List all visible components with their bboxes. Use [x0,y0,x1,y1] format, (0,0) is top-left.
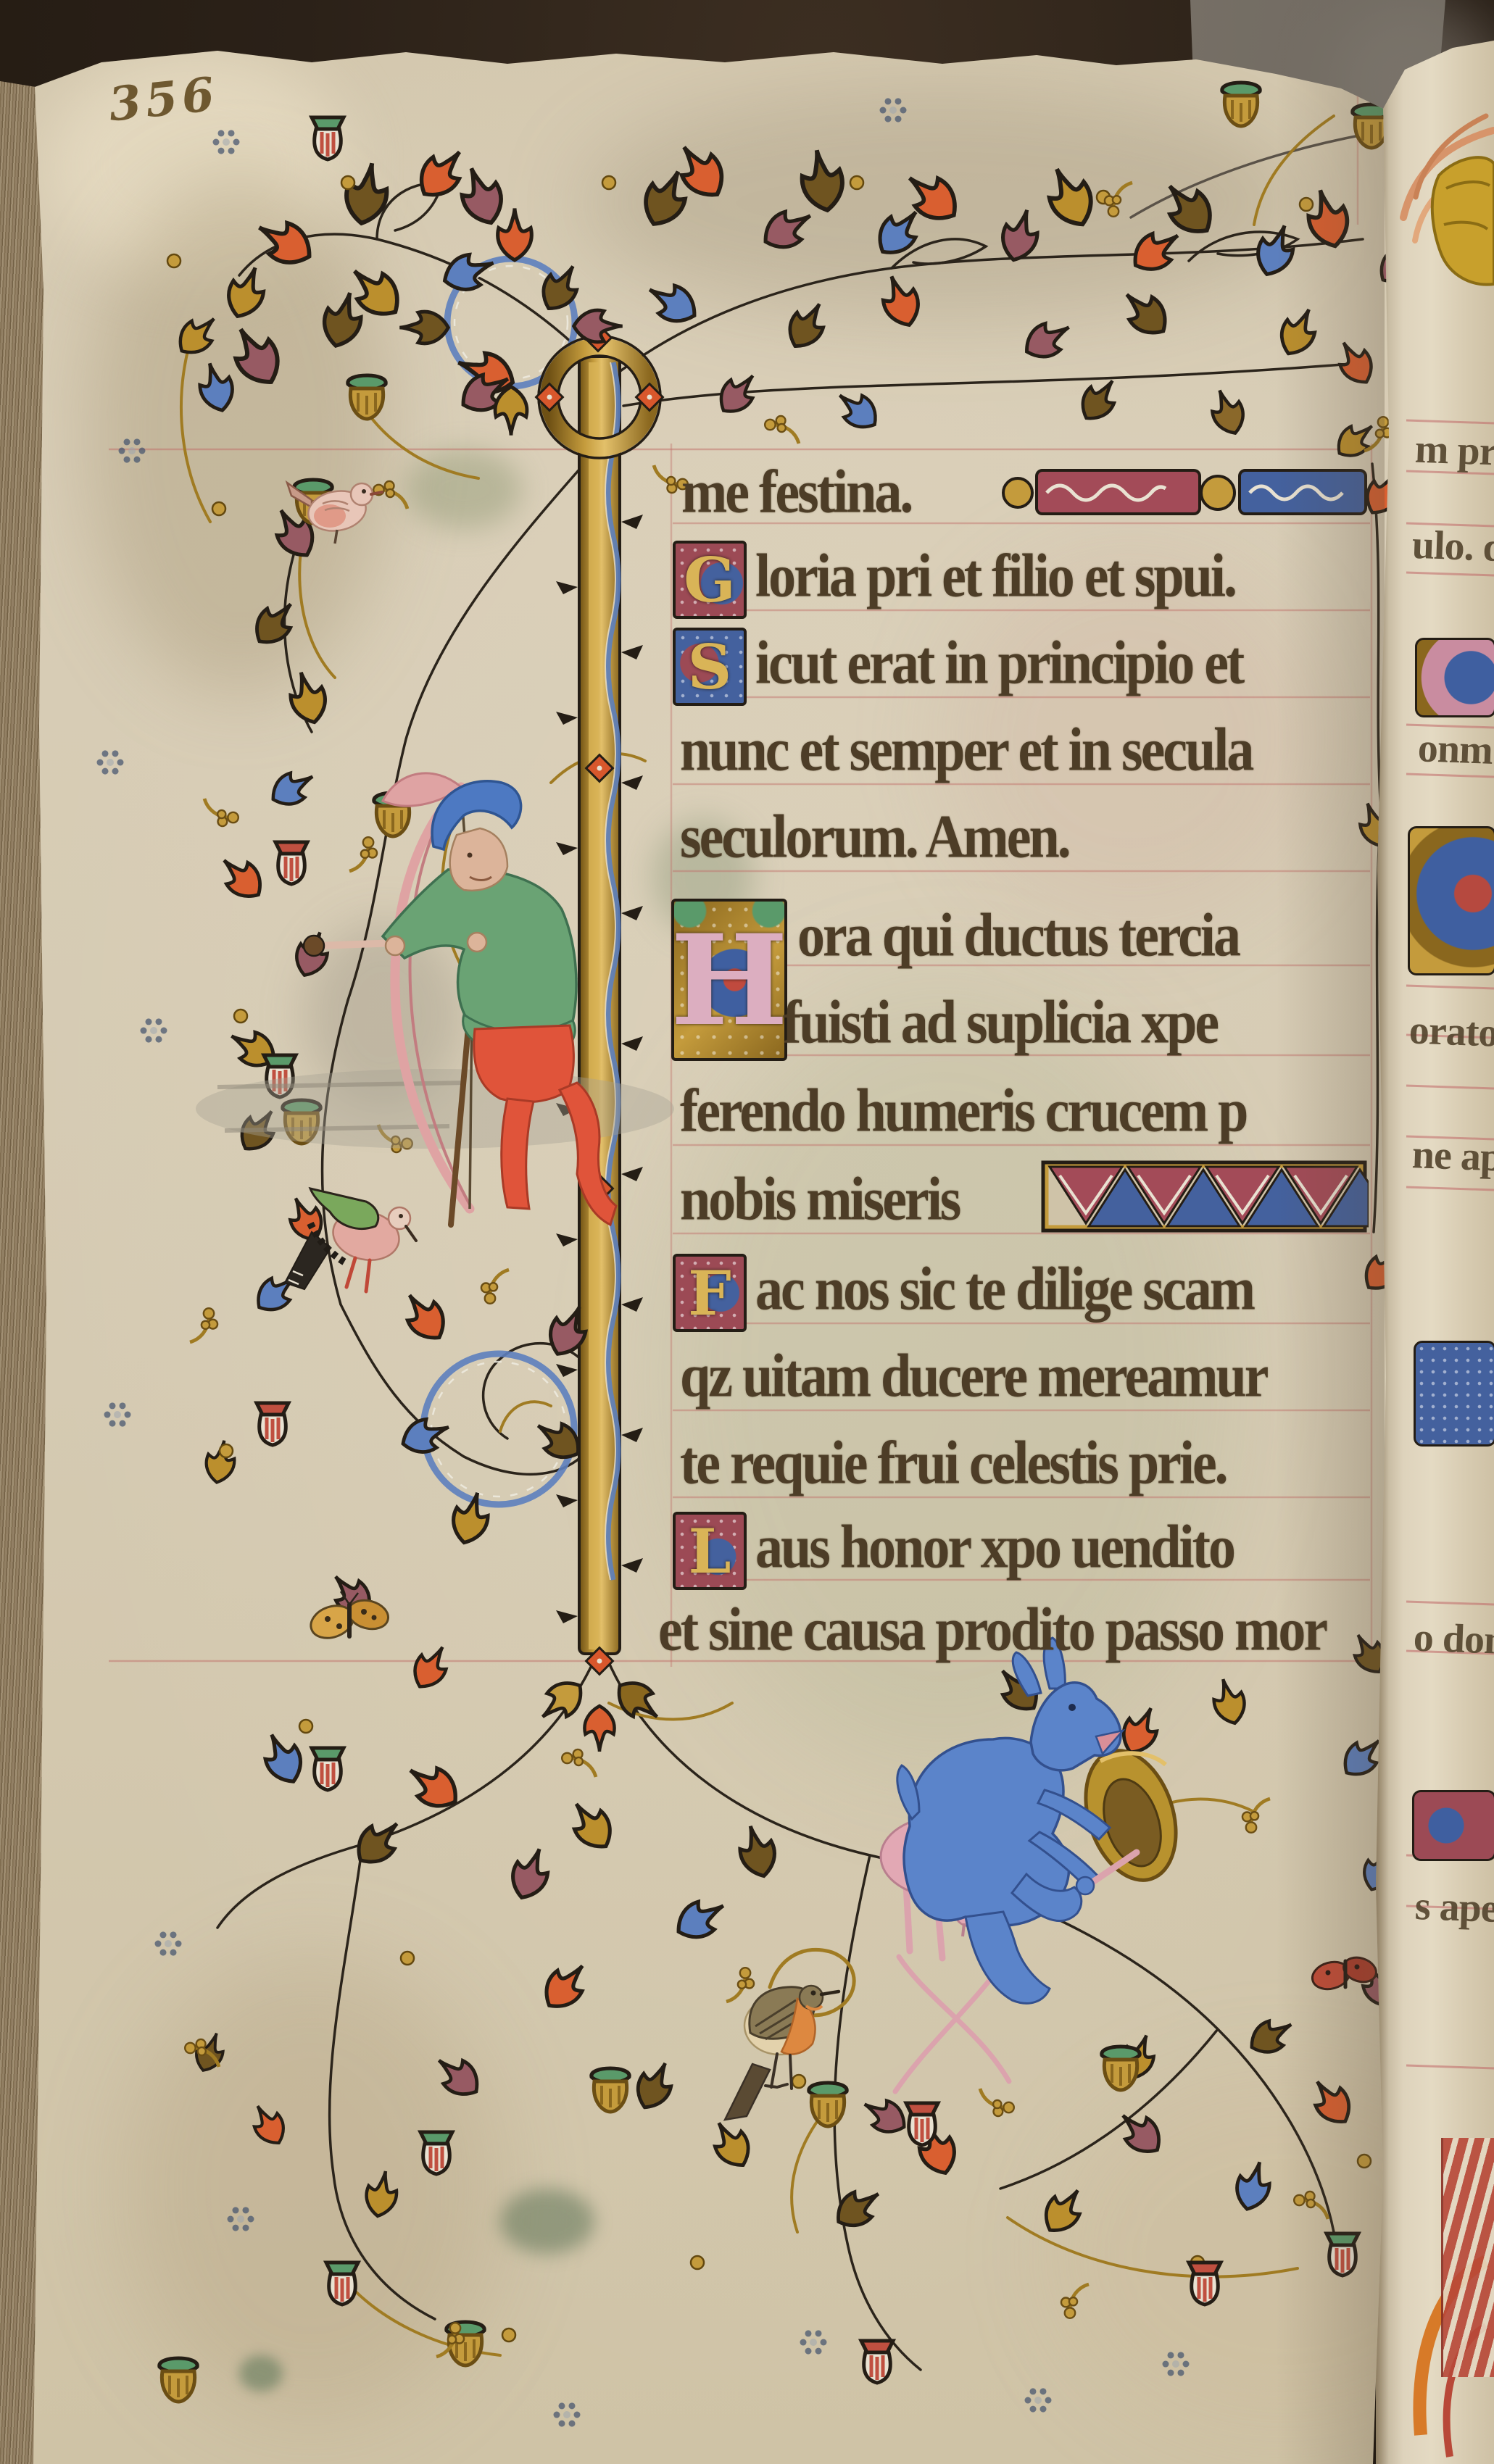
acorn-flower [592,2068,629,2112]
facing-text-fragment: ulo. d [1411,522,1494,571]
text-line: nunc et semper et in secula [680,719,1252,781]
ivy-leaf [641,275,702,330]
gutter-shadow [1276,0,1385,2464]
rosette-dot [170,1949,177,1956]
ivy-leaf [529,1412,587,1466]
rosette-dot [242,2207,249,2213]
thorn [556,842,578,855]
ivy-leaf [1018,314,1076,366]
tassel-flower [906,2103,938,2145]
text-line: ac nos sic te dilige scam [755,1258,1253,1320]
gold-bezant [167,254,180,267]
ivy-leaf [506,1843,555,1903]
thorn [621,1428,643,1442]
rosette-dot [1045,2397,1052,2404]
ivy-leaf [223,1023,281,1075]
blue-dot-rosette [97,750,124,774]
blue-dot-rosette [1163,2352,1190,2376]
ivy-leaf [349,1812,409,1872]
ivy-leaf [266,764,320,812]
rosette-dot [1030,2406,1037,2413]
facing-ruling-line [1406,2065,1494,2068]
ivy-leaf [1232,2158,1275,2213]
thorn [556,1233,578,1246]
rosette-dot [155,1018,162,1025]
facing-initial-small-2 [1414,1341,1494,1447]
acorn-flower [809,2083,847,2126]
illuminated-initial-G: G [673,541,747,619]
rosette-dot [1029,2388,1036,2394]
rosette-dot [895,98,901,104]
rosette-dot [125,1412,131,1418]
acorn-flower [1102,2047,1140,2090]
acorn-flower [374,793,412,836]
blue-dot-rosette [554,2402,581,2426]
thorn [621,1297,643,1312]
facing-ruling-line [1406,774,1494,777]
ivy-leaf [223,319,288,391]
ivy-leaf [542,1300,594,1361]
gold-bar-border [532,325,667,1752]
green-smudge [500,2189,594,2254]
facing-initial-small-3 [1412,1790,1494,1861]
facing-text-fragment: orator [1408,1007,1494,1057]
gold-sprig [476,1264,518,1306]
rosette-dot [880,107,887,114]
rosette-dot [821,2339,827,2346]
facing-initial-large [1408,826,1494,975]
ivy-leaf [1039,161,1100,233]
ivy-leaf [410,141,473,206]
tassel-flower [312,117,344,159]
gold-bezant [234,1010,247,1023]
blue-vine-ring [447,259,575,386]
gold-sprig [1055,2278,1097,2321]
rosette-center [1172,2360,1179,2368]
gold-bezant [1191,2256,1204,2269]
rosette-dot [112,750,118,757]
acorn-flowers [159,83,1390,2402]
ivy-leaf [495,387,527,436]
rosette-dot [228,148,235,154]
ivy-leaf [399,312,448,344]
ivy-leaf [630,2057,679,2114]
rosette-center [150,1027,157,1034]
thorn [556,1610,578,1623]
rosette-center [114,1411,121,1418]
vellum-stain [580,87,1305,319]
rosette-center [1034,2397,1042,2404]
rosette-center [165,1940,172,1947]
rosette-dot [119,1402,125,1409]
rosette-dot [124,457,130,463]
rosette-dot [568,2402,575,2409]
rosette-dot [815,2330,821,2336]
rosette-dot [554,2412,560,2418]
facing-text-fragment: s ape [1414,1883,1494,1932]
rosette-dot [885,116,892,122]
ivy-leaf [452,345,519,400]
facing-ruling-line [1406,1602,1494,1604]
rosette-dot [1168,2370,1174,2376]
ivy-leaf [536,1955,596,2017]
rosette-dot [228,2216,234,2223]
ivy-leaf [323,1566,379,1624]
text-line: icut erat in principio et [755,632,1242,694]
tassel-flower [1189,2263,1221,2305]
thorn [621,1558,643,1573]
text-line: ferendo humeris crucem p [680,1080,1246,1141]
rosette-dot [248,2216,254,2223]
gold-bezant [792,2075,805,2088]
gold-bezant [691,2256,704,2269]
rosette-dot [1039,2388,1046,2394]
text-line: te requie frui celestis prie. [680,1432,1227,1494]
rosette-dot [97,759,104,766]
ivy-leaf [249,211,318,272]
manuscript-page: 356 G S H F L me festina. loria pri et f… [0,0,1494,2464]
rosette-dot [161,1028,167,1034]
ivy-leaf [246,2099,291,2149]
tassel-flower [257,1403,289,1445]
initial-letter: G [684,544,736,616]
ivy-leaf [912,2118,961,2178]
gold-sprig [428,2321,470,2363]
rosette-dot [109,1420,116,1427]
ivy-leaf [203,1438,238,1485]
rosette-dot [146,1036,152,1043]
rosette-dot [141,1028,147,1034]
gold-sprig [371,475,413,517]
ivy-leaf [285,668,331,727]
ivy-leaf [249,1267,304,1319]
initial-letter: L [688,1515,731,1587]
ivy-leaf [797,146,847,213]
ivy-leaf [1155,174,1221,243]
rosette-dot [160,1949,167,1956]
ivy-leaf [342,159,392,226]
rosette-dot [1040,2406,1047,2413]
blue-dot-rosette [228,2207,254,2231]
rosette-dot [104,1412,111,1418]
ivy-leaf [1205,385,1249,438]
ivy-leaf [455,365,516,420]
gold-bezant [502,2328,515,2342]
gold-sprig [1237,1793,1279,1835]
acorn-flower [1222,83,1260,126]
green-smudge [239,2355,283,2392]
facing-initial-small-1 [1415,638,1494,717]
rosette-dot [109,1402,115,1409]
tassel-flower [420,2132,452,2174]
rosette-dot [1025,2397,1032,2404]
gold-sprig [763,410,805,452]
initial-letter: F [688,1257,731,1329]
gold-sprig [718,1965,760,2007]
ivy-leaf [363,2168,400,2218]
green-stain [406,449,522,529]
ring-highlight [455,266,568,379]
pink-bird [287,483,382,544]
ivy-leaf [341,258,409,325]
blue-dot-rosette [213,130,240,154]
rosette-dot [558,2402,565,2409]
vellum-stain [123,1957,500,2421]
rosette-dot [155,1941,162,1947]
ivy-leaf [668,136,732,205]
rosette-dot [123,438,130,445]
facing-border-stripes [1441,2138,1494,2377]
ivy-leaf [257,1728,309,1789]
tassel-flower [275,842,307,884]
acorn-flower [447,2322,484,2365]
facing-ruling-line [1406,986,1494,988]
rosette-center [223,138,230,146]
ivy-leaf [291,927,334,980]
blue-dot-rosette [141,1018,167,1042]
ivy-leaf [857,2092,911,2140]
ivy-leaf [757,201,818,257]
rosette-center [563,2411,570,2418]
gold-bezant [341,176,354,189]
vellum-stain [87,174,391,696]
ivy-leaf [448,1489,494,1547]
blue-dot-rosette [880,98,907,122]
rosette-dot [816,2348,822,2355]
ivy-leaf [454,162,509,229]
rosette-dot [175,1941,182,1947]
ivy-leaf [396,1286,453,1347]
rosette-dot [1163,2361,1169,2368]
ivy-leaf [712,366,764,420]
rosette-dot [156,1036,162,1043]
rosette-dot [800,2339,807,2346]
tassel-flower [861,2341,893,2383]
gold-bezant [401,1952,414,1965]
ivy-leaf [870,201,929,263]
tassel-flower [264,1055,296,1097]
thorn [621,775,643,790]
rosette-center [128,447,136,454]
ivy-leaf [829,2181,887,2234]
ivy-leaf [734,1822,780,1881]
ivy-leaf [1115,283,1175,343]
gold-bezant [299,1720,312,1733]
blue-dot-rosette [119,438,146,462]
ring-highlight [431,1362,566,1497]
thorn [556,1494,578,1507]
ivy-leaf [1126,222,1187,279]
thorn [556,1364,578,1377]
ivy-leaf [400,1756,465,1817]
thorn [556,712,578,725]
rosette-dot [805,2348,812,2355]
ivy-leaf [1037,2181,1090,2239]
gold-butterfly [307,1591,391,1644]
ivy-leaf [1116,1702,1165,1759]
rosette-dot [145,1018,152,1025]
thorn [621,906,643,920]
tassel-flower [312,1748,344,1790]
ivy-leaf [191,2028,228,2074]
illuminated-initial-H: H [671,899,787,1061]
rosette-dot [232,2207,238,2213]
thorn [556,1103,578,1116]
gold-bezant [220,1444,233,1457]
rosette-center [889,107,897,114]
rosette-dot [1183,2361,1190,2368]
facing-text-fragment: m pro [1414,426,1494,476]
blue-ass-drummer [881,1638,1192,2092]
manuscript-photo: m pro ulo. d onm orator ne apri o dom s … [0,0,1494,2464]
ivy-leaf [282,1192,328,1246]
robin [725,1986,839,2120]
ivy-leaf [222,262,271,322]
thorn [621,1036,643,1051]
facing-text-fragment: o dom [1413,1615,1494,1665]
rosette-dot [112,768,119,775]
text-line: loria pri et filio et spui. [755,545,1235,607]
gold-sprig [1099,177,1141,219]
rosette-dot [117,759,124,766]
rosette-dot [233,139,240,146]
ivy-leaf [213,849,270,907]
blue-dot-rosette [104,1402,131,1426]
rosette-dot [170,1931,176,1938]
rosette-center [810,2339,817,2346]
ivy-leaf [1208,1676,1249,1727]
facing-ruling-line [1406,1187,1494,1190]
rosette-dot [134,457,141,463]
thorn [621,515,643,529]
gold-bezant [602,176,615,189]
ivy-leaf [636,164,695,232]
illuminated-initial-S: S [673,628,747,706]
rosette-dot [900,107,907,114]
rosette-dot [1167,2352,1174,2358]
folio-number: 356 [106,67,221,132]
rosette-dot [233,2225,239,2231]
ivy-leaf [233,1103,284,1157]
ivy-leaf [535,258,587,316]
text-line: qz uitam ducere mereamur [680,1345,1267,1407]
thorn [621,645,643,659]
rosette-dot [1178,2370,1184,2376]
facing-ruling-line [1406,420,1494,423]
thorn [621,1167,643,1181]
ivy-leaf [318,288,367,351]
ivy-leaf [247,594,303,652]
rosette-center [107,759,114,766]
rosette-center [237,2215,244,2223]
ivy-leaf [1074,372,1125,427]
blue-dot-rosette [800,2330,827,2354]
text-line: nobis miseris [680,1168,959,1230]
rosette-dot [139,448,146,454]
rosette-dot [218,148,225,154]
ivy-leaf [407,1639,455,1694]
ivy-leaf [439,247,499,296]
rosette-dot [120,1420,126,1427]
acorn-flower [283,1100,320,1144]
ivy-leaf [990,1660,1046,1718]
blue-dot-rosette [1025,2388,1052,2412]
acorn-flower [294,480,332,523]
acorn-flower [348,375,386,419]
ivy-leaf [194,359,238,415]
ivy-leaf [997,206,1043,265]
rosette-dot [559,2421,565,2427]
gold-sprig [560,1744,602,1786]
illuminated-initial-L: L [673,1512,747,1590]
ivy-leaf [1117,2030,1161,2083]
ivy-leaf [705,2115,758,2173]
facing-ruling-line [1406,1086,1494,1089]
rosette-dot [569,2421,576,2427]
facing-text-fragment: ne apri [1411,1131,1494,1182]
rosette-dot [213,139,220,146]
tassel-flower [326,2263,358,2305]
gold-sprig [341,835,383,877]
gold-bezant [850,176,863,189]
gold-sprig [199,790,241,832]
rosette-dot [102,768,109,775]
gold-bezant [1097,191,1110,204]
rosette-dot [805,2330,811,2336]
rosette-dot [895,116,902,122]
archer-figure [196,773,674,1225]
facing-ruling-line [1406,573,1494,575]
ivy-leaf [897,164,966,230]
rosette-dot [159,1931,166,1938]
text-line: et sine causa prodito passo mor [658,1599,1326,1660]
blue-dot-rosette [155,1931,182,1955]
rosette-dot [228,130,234,136]
text-line: fuisti ad suplicia xpe [783,991,1217,1053]
gold-sprig [373,1116,415,1158]
acorn-flower [159,2358,197,2402]
goldfinch [285,1189,416,1291]
thorn [556,973,578,986]
ivy-leaf [781,296,834,354]
ivy-leaf [397,1412,454,1459]
blue-vine-ring [423,1354,574,1504]
ivy-leaf [428,2048,486,2104]
gold-vines [181,116,1334,2355]
ivy-leaf [670,1891,731,1947]
rosette-dot [1177,2352,1184,2358]
rosette-dot [133,438,140,445]
ivy-leaf [830,384,884,436]
gold-sprig [183,2034,225,2076]
ivy-leaf [267,501,322,563]
gold-sprig [974,2080,1016,2122]
thorn [556,581,578,594]
ivy-leaf [171,308,225,362]
rosette-dot [217,130,224,136]
ivy-leaf [876,270,925,330]
text-line: me festina. [681,461,911,523]
gold-sprig [181,1306,223,1348]
facing-text-fragment: onm [1417,725,1493,774]
rosette-dot [101,750,108,757]
ivy-leaf [498,208,532,259]
text-line: seculorum. Amen. [680,806,1069,867]
gold-bezant [212,502,225,515]
ivy-leaf [563,1794,620,1856]
grey-smudge [304,920,464,1109]
ivy-leaf [1112,2105,1169,2162]
